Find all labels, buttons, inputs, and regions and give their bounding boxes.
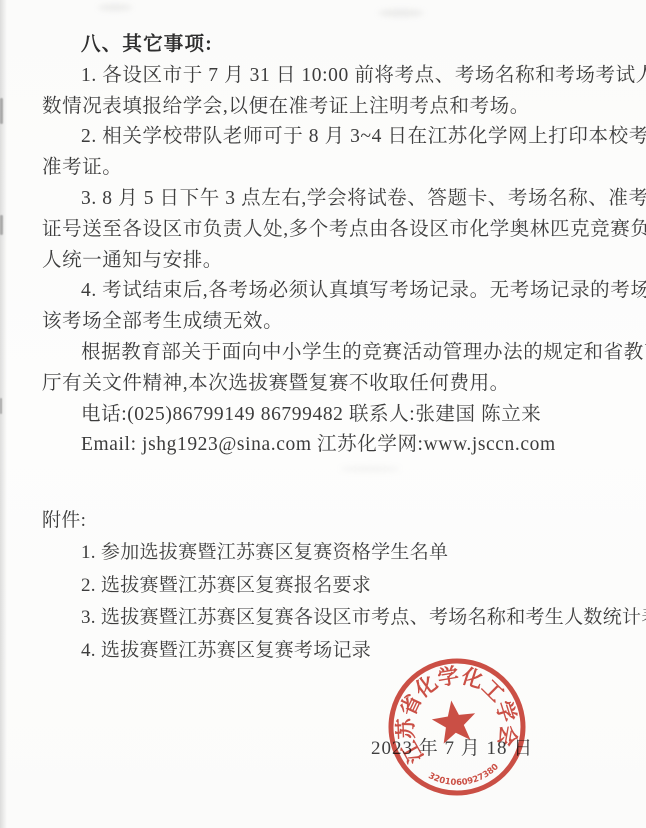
attachment-item: 4. 选拔赛暨江苏赛区复赛考场记录	[42, 635, 622, 667]
body-line: 数情况表填报给学会,以便在准考证上注明考点和考场。	[42, 92, 614, 123]
document-page: 八、其它事项: 1. 各设区市于 7 月 31 日 10:00 前将考点、考场名…	[0, 0, 646, 828]
contact-phone-line: 电话:(025)86799149 86799482 联系人:张建国 陈立来	[42, 400, 614, 431]
attachment-item: 1. 参加选拔赛暨江苏赛区复赛资格学生名单	[42, 537, 622, 569]
body-line: 3. 8 月 5 日下午 3 点左右,学会将试卷、答题卡、考场名称、准考	[42, 184, 614, 215]
seal-star-icon	[430, 697, 479, 744]
section-heading: 八、其它事项:	[42, 30, 614, 61]
seal-graphic: 江苏省化学化工学会 3201060927380	[382, 652, 532, 802]
body-line: 人统一通知与安排。	[42, 246, 614, 277]
body-line: 该考场全部考生成绩无效。	[42, 307, 614, 338]
attachment-item: 3. 选拔赛暨江苏赛区复赛各设区市考点、考场名称和考生人数统计表	[42, 602, 622, 634]
body-line: 根据教育部关于面向中小学生的竞赛活动管理办法的规定和省教育	[42, 338, 614, 369]
body-line: 1. 各设区市于 7 月 31 日 10:00 前将考点、考场名称和考场考试人	[42, 61, 614, 92]
scan-smudge	[98, 4, 132, 11]
scan-edge-artifact	[0, 98, 3, 124]
scan-smudge	[378, 9, 424, 17]
body-line: 2. 相关学校带队老师可于 8 月 3~4 日在江苏化学网上打印本校考生	[42, 122, 614, 153]
scan-edge-artifact	[0, 398, 2, 414]
body-line: 证号送至各设区市负责人处,多个考点由各设区市化学奥林匹克竞赛负责	[42, 215, 614, 246]
scan-smudge	[340, 466, 400, 472]
attachments-label: 附件:	[42, 505, 622, 537]
official-seal: 江苏省化学化工学会 3201060927380	[382, 652, 532, 802]
body-line: 准考证。	[42, 153, 614, 184]
scan-edge-artifact	[0, 0, 7, 828]
body-text-block: 八、其它事项: 1. 各设区市于 7 月 31 日 10:00 前将考点、考场名…	[42, 30, 614, 461]
body-line: 厅有关文件精神,本次选拔赛暨复赛不收取任何费用。	[42, 369, 614, 400]
scan-edge-artifact	[0, 215, 3, 235]
attachment-item: 2. 选拔赛暨江苏赛区复赛报名要求	[42, 570, 622, 602]
body-line: 4. 考试结束后,各考场必须认真填写考场记录。无考场记录的考场,	[42, 276, 614, 307]
contact-email-line: Email: jshg1923@sina.com 江苏化学网:www.jsccn…	[42, 430, 614, 461]
attachments-block: 附件: 1. 参加选拔赛暨江苏赛区复赛资格学生名单 2. 选拔赛暨江苏赛区复赛报…	[42, 505, 622, 667]
